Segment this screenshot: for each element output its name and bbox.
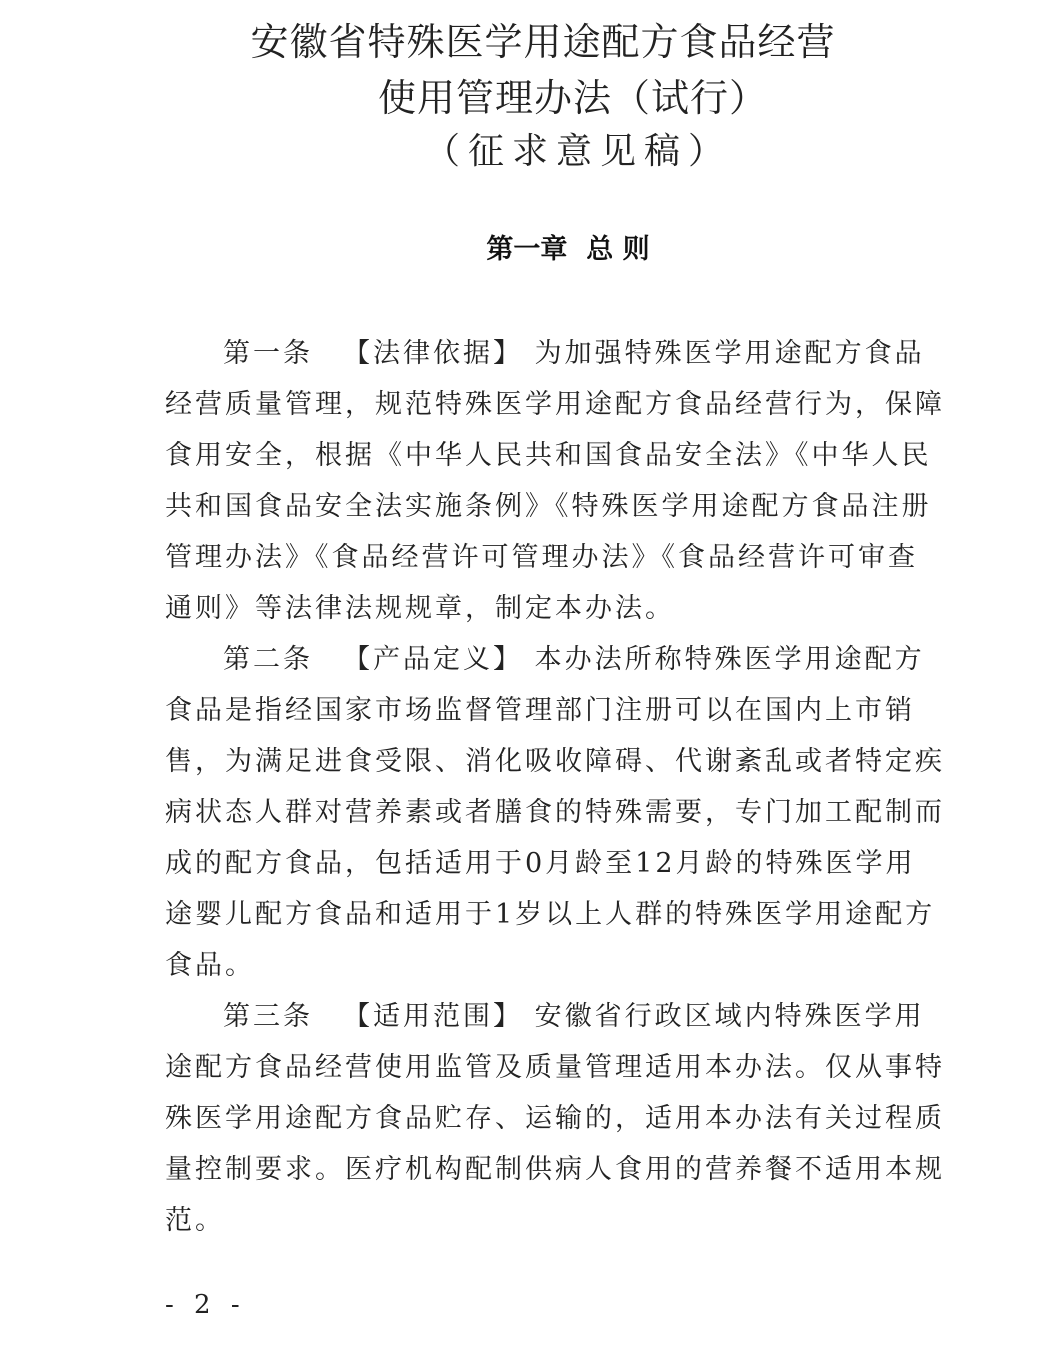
article-line: 途配方食品经营使用监管及质量管理适用本办法。仅从事特 [165, 1042, 925, 1093]
article-tag: 【法律依据】 [343, 338, 523, 369]
article-line: 范。 [165, 1195, 925, 1246]
article-first-line: 第一条【法律依据】 为加强特殊医学用途配方食品 [165, 328, 925, 379]
article-line: 售，为满足进食受限、消化吸收障碍、代谢紊乱或者特定疾 [165, 736, 925, 787]
document-title-line-2: 使用管理办法（试行） [0, 70, 1056, 126]
article-2: 第二条【产品定义】 本办法所称特殊医学用途配方 食品是指经国家市场监督管理部门注… [165, 634, 925, 991]
article-line: 成的配方食品，包括适用于0月龄至12月龄的特殊医学用 [165, 838, 925, 889]
article-text: 为加强特殊医学用途配方食品 [523, 338, 925, 369]
article-label: 第一条 [223, 338, 313, 369]
article-text: 安徽省行政区域内特殊医学用 [523, 1001, 925, 1032]
article-line: 经营质量管理，规范特殊医学用途配方食品经营行为，保障 [165, 379, 925, 430]
document-title-line-1: 安徽省特殊医学用途配方食品经营 [0, 14, 1056, 70]
article-line: 通则》等法律法规规章，制定本办法。 [165, 583, 925, 634]
page-number: - 2 - [165, 1290, 246, 1320]
article-label: 第三条 [223, 1001, 313, 1032]
article-line: 食品是指经国家市场监督管理部门注册可以在国内上市销 [165, 685, 925, 736]
article-line: 量控制要求。医疗机构配制供病人食用的营养餐不适用本规 [165, 1144, 925, 1195]
document-title-block: 安徽省特殊医学用途配方食品经营 使用管理办法（试行） （征求意见稿） [0, 14, 1056, 178]
document-body: 第一条【法律依据】 为加强特殊医学用途配方食品 经营质量管理，规范特殊医学用途配… [165, 328, 925, 1246]
article-line: 途婴儿配方食品和适用于1岁以上人群的特殊医学用途配方 [165, 889, 925, 940]
article-1: 第一条【法律依据】 为加强特殊医学用途配方食品 经营质量管理，规范特殊医学用途配… [165, 328, 925, 634]
document-subtitle: （征求意见稿） [0, 126, 1056, 178]
article-label: 第二条 [223, 644, 313, 675]
article-line: 管理办法》《食品经营许可管理办法》《食品经营许可审查 [165, 532, 925, 583]
article-line: 食用安全，根据《中华人民共和国食品安全法》《中华人民 [165, 430, 925, 481]
article-line: 食品。 [165, 940, 925, 991]
article-line: 共和国食品安全法实施条例》《特殊医学用途配方食品注册 [165, 481, 925, 532]
article-text: 本办法所称特殊医学用途配方 [523, 644, 925, 675]
article-first-line: 第三条【适用范围】 安徽省行政区域内特殊医学用 [165, 991, 925, 1042]
article-tag: 【产品定义】 [343, 644, 523, 675]
article-3: 第三条【适用范围】 安徽省行政区域内特殊医学用 途配方食品经营使用监管及质量管理… [165, 991, 925, 1246]
article-tag: 【适用范围】 [343, 1001, 523, 1032]
article-first-line: 第二条【产品定义】 本办法所称特殊医学用途配方 [165, 634, 925, 685]
article-line: 殊医学用途配方食品贮存、运输的，适用本办法有关过程质 [165, 1093, 925, 1144]
chapter-heading: 第一章 总 则 [0, 228, 1056, 272]
article-line: 病状态人群对营养素或者膳食的特殊需要，专门加工配制而 [165, 787, 925, 838]
